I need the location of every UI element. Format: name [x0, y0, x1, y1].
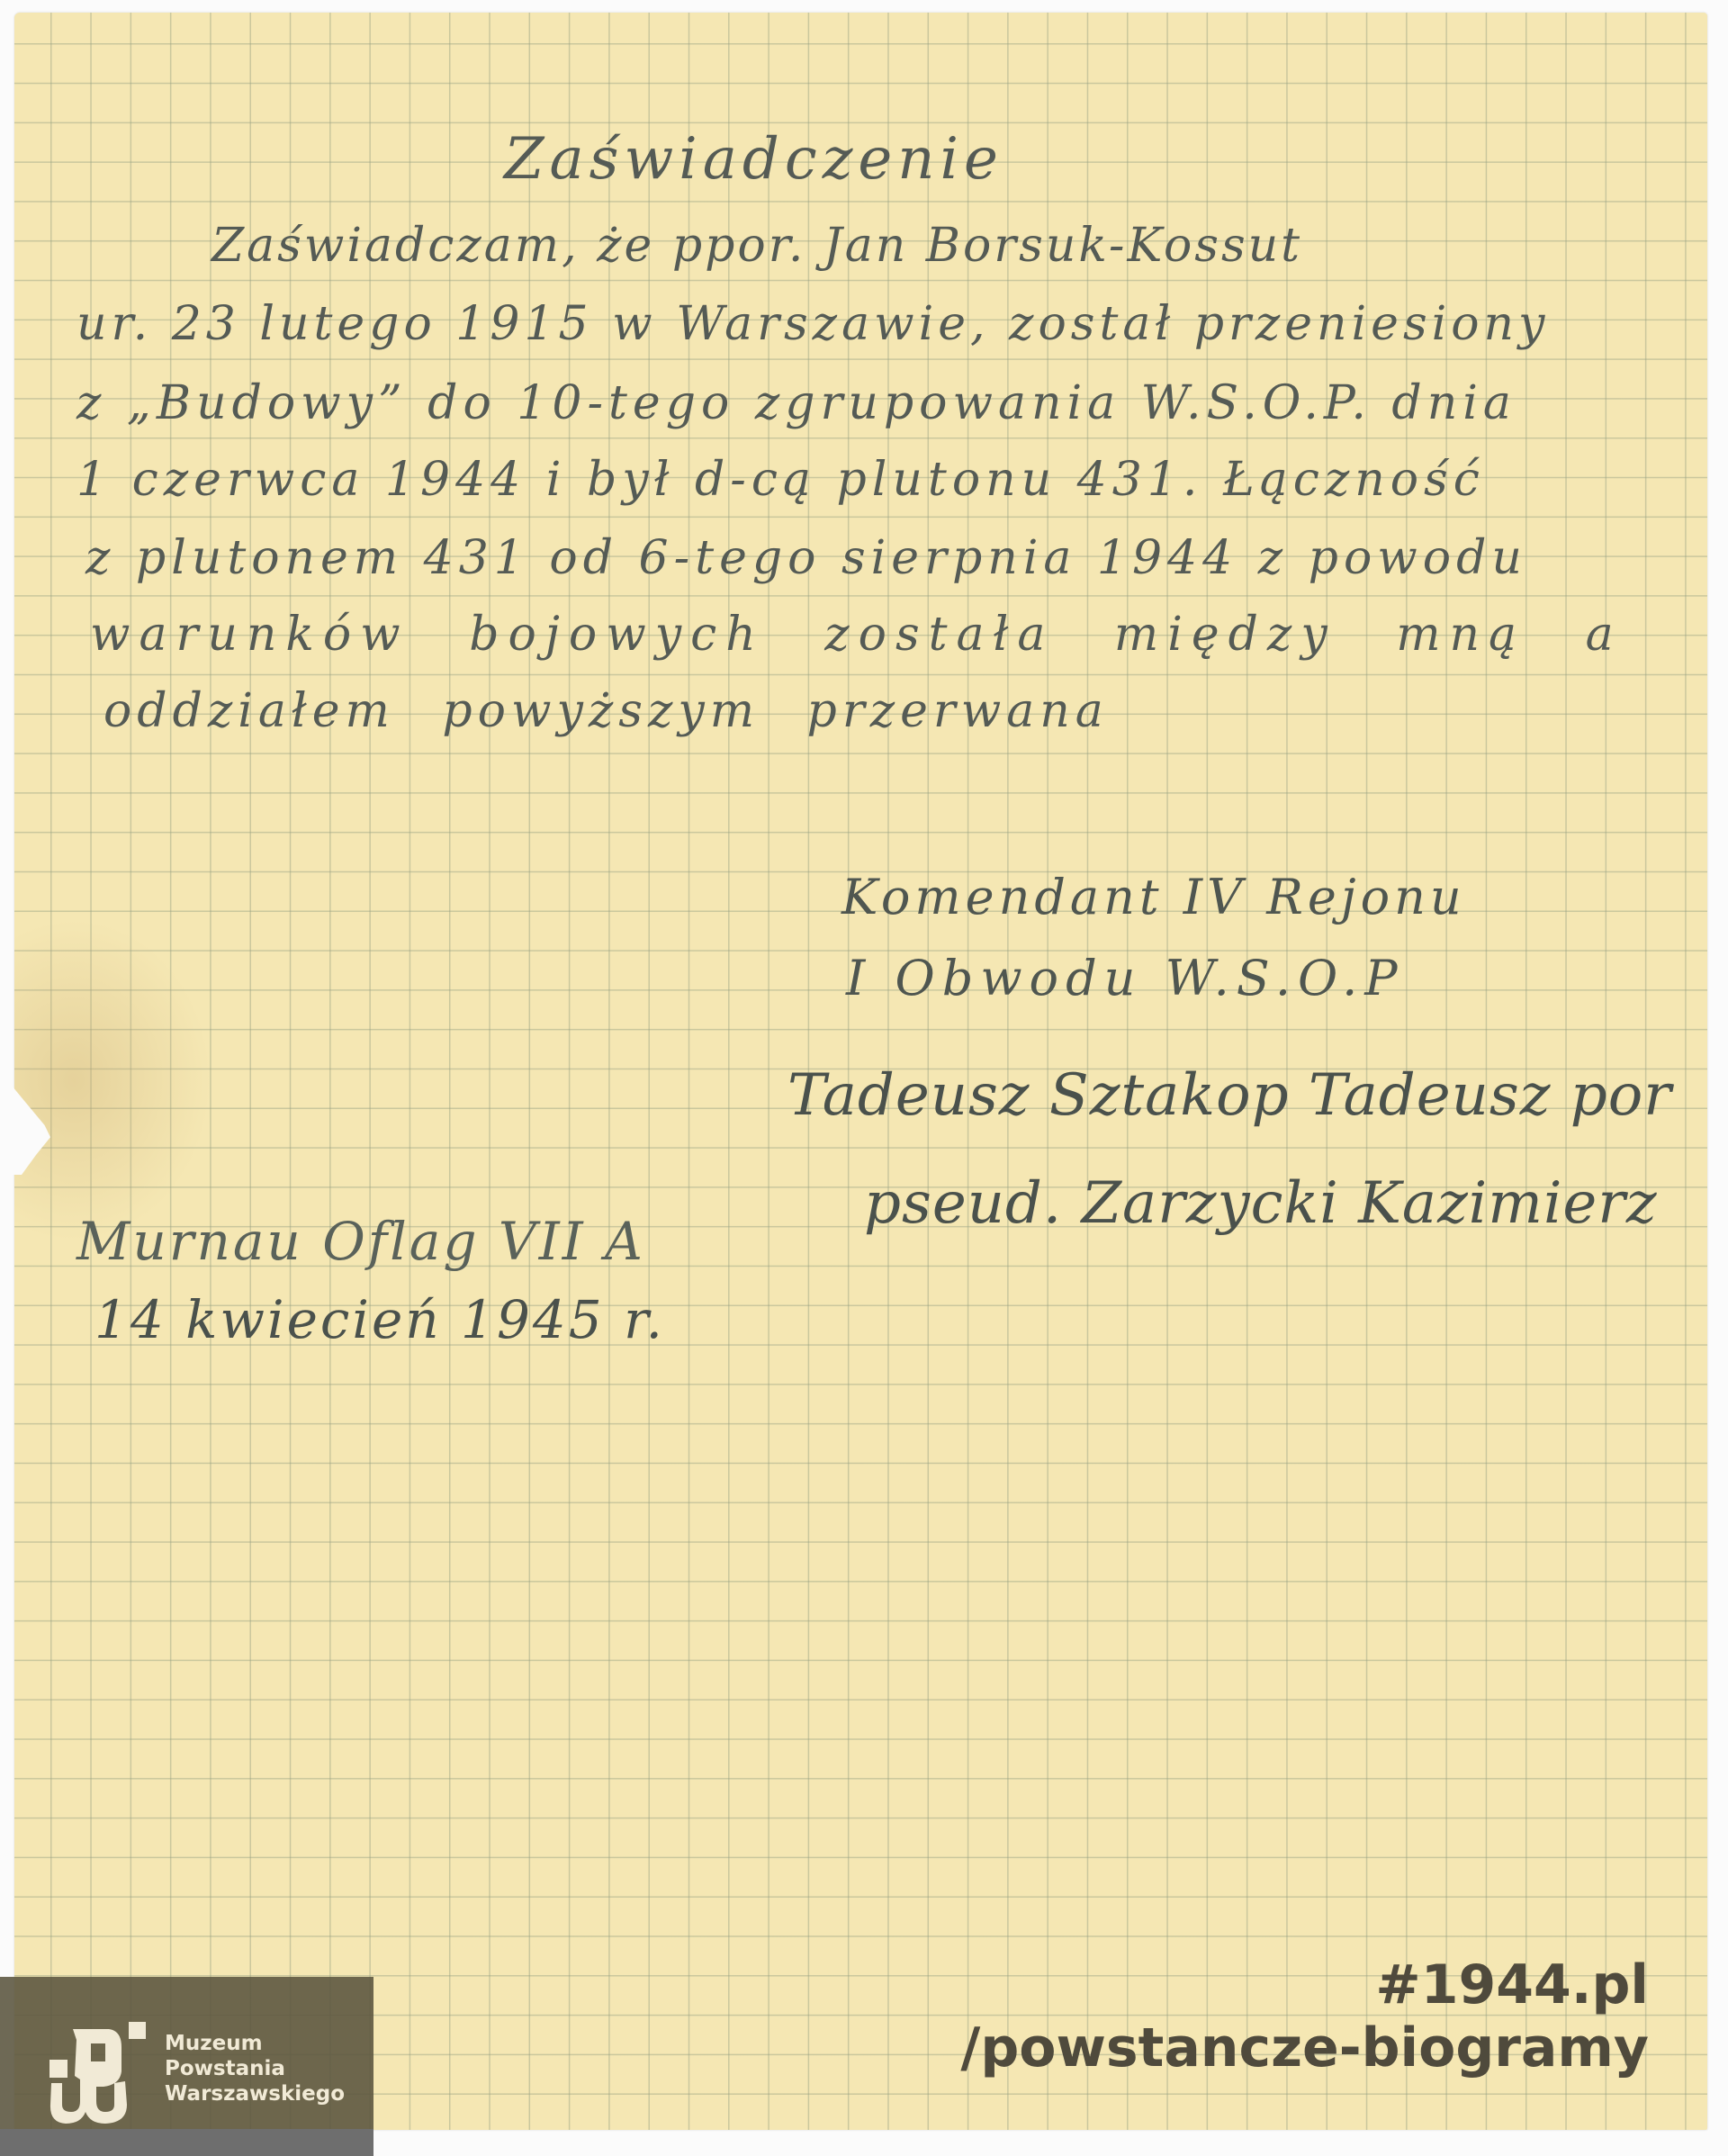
document-title: Zaświadczenie [504, 126, 1003, 193]
museum-logo-badge: Muzeum Powstania Warszawskiego [0, 1977, 373, 2156]
body-line-2: ur. 23 lutego 1915 w Warszawie, został p… [76, 297, 1549, 351]
body-line-6: warunków bojowych została między mną a [90, 608, 1623, 662]
date-line: 14 kwiecień 1945 r. [94, 1289, 665, 1350]
body-line-1: Zaświadczam, że ppor. Jan Borsuk-Kossut [211, 219, 1302, 273]
body-line-4: 1 czerwca 1944 i był d-cą plutonu 431. Ł… [76, 453, 1485, 507]
watermark-url-path: /powstancze-biogramy [960, 2016, 1649, 2079]
body-line-3: z „Budowy” do 10-tego zgrupowania W.S.O.… [76, 376, 1516, 430]
signature-line-2: pseud. Zarzycki Kazimierz [864, 1170, 1658, 1237]
logo-badge-bottom-strip [0, 2129, 373, 2156]
museum-name-line-1: Muzeum [165, 2031, 345, 2056]
place-line: Murnau Oflag VII A [76, 1211, 645, 1272]
signature-role-line-1: Komendant IV Rejonu [841, 869, 1466, 925]
kotwica-anchor-icon [49, 2022, 148, 2125]
museum-name: Muzeum Powstania Warszawskiego [165, 2031, 345, 2106]
signature-line-1: Tadeusz Sztakop Tadeusz por [787, 1062, 1672, 1129]
body-line-7: oddziałem powyższym przerwana [103, 684, 1109, 738]
body-line-5: z plutonem 431 od 6-tego sierpnia 1944 z… [85, 531, 1527, 585]
museum-name-line-3: Warszawskiego [165, 2081, 345, 2106]
watermark-url-domain: #1944.pl [1375, 1953, 1649, 2016]
signature-role-line-2: I Obwodu W.S.O.P [846, 950, 1405, 1006]
museum-name-line-2: Powstania [165, 2056, 345, 2081]
